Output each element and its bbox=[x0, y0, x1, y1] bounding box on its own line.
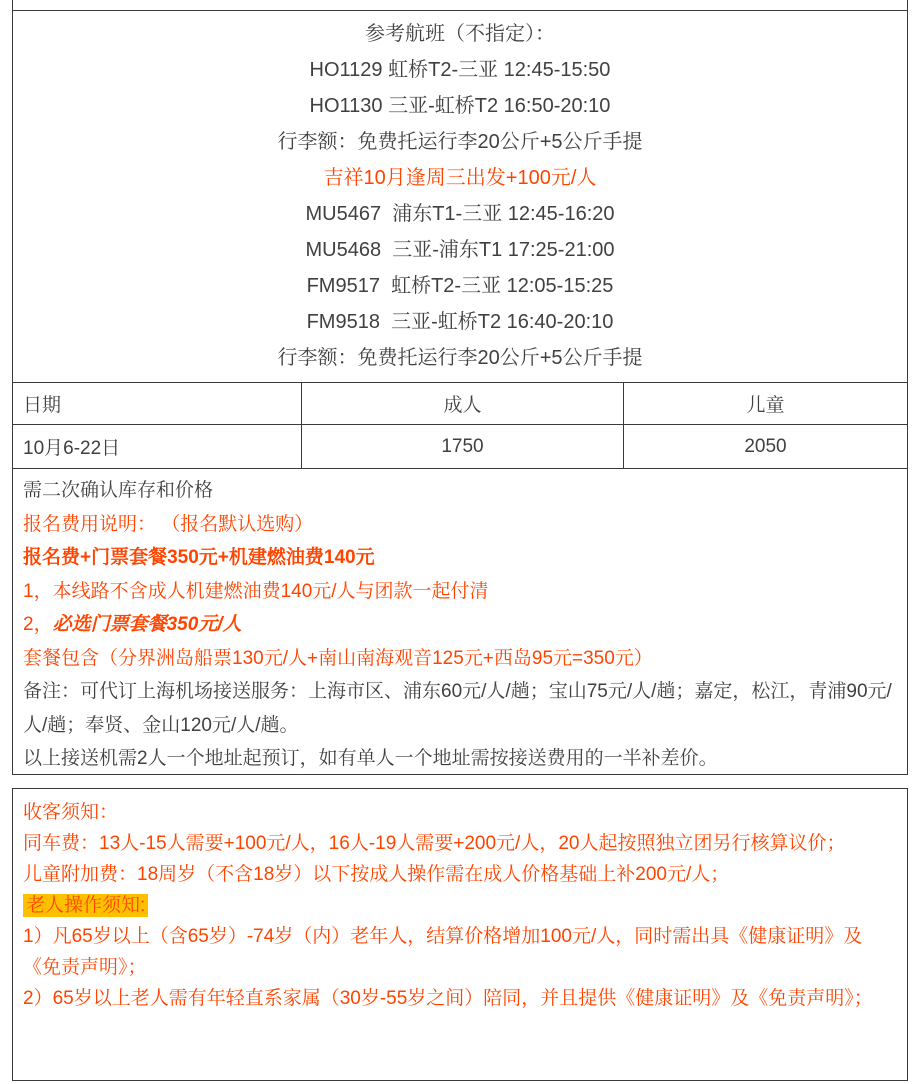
registration-fee-summary: 报名费+门票套餐350元+机建燃油费140元 bbox=[23, 541, 897, 575]
date-range-cell: 10月6-22日 bbox=[13, 425, 301, 468]
price-table: 日期 成人 儿童 10月6-22日 1750 2050 bbox=[13, 382, 907, 469]
senior-rule-2: 2）65岁以上老人需有年轻直系家属（30岁-55岁之间）陪同，并且提供《健康证明… bbox=[23, 983, 897, 1014]
fuel-fee-note: 1，本线路不含成人机建燃油费140元/人与团款一起付清 bbox=[23, 575, 897, 609]
table-top-partial-row bbox=[13, 0, 907, 11]
date-column-header: 日期 bbox=[13, 383, 301, 424]
guest-notice-panel: 收客须知： 同车费：13人-15人需要+100元/人，16人-19人需要+200… bbox=[12, 788, 908, 1081]
flight-line-ho1129: HO1129 虹桥T2-三亚 12:45-15:50 bbox=[13, 52, 907, 88]
child-price-cell: 2050 bbox=[623, 425, 907, 468]
flight-line-ho1130: HO1130 三亚-虹桥T2 16:50-20:10 bbox=[13, 88, 907, 124]
flight-line-fm9517: FM9517 虹桥T2-三亚 12:05-15:25 bbox=[13, 268, 907, 304]
baggage-note-1: 行李额：免费托运行李20公斤+5公斤手提 bbox=[13, 124, 907, 160]
booking-notes-cell: 需二次确认库存和价格 报名费用说明： （报名默认选购） 报名费+门票套餐350元… bbox=[13, 469, 907, 775]
baggage-note-2: 行李额：免费托运行李20公斤+5公斤手提 bbox=[13, 340, 907, 376]
reference-flights-cell: 参考航班（不指定）： HO1129 虹桥T2-三亚 12:45-15:50 HO… bbox=[13, 11, 907, 382]
senior-notice-title: 老人操作须知: bbox=[23, 890, 897, 921]
flight-price-table: 参考航班（不指定）： HO1129 虹桥T2-三亚 12:45-15:50 HO… bbox=[12, 0, 908, 775]
senior-rule-1: 1）凡65岁以上（含65岁）-74岁（内）老年人，结算价格增加100元/人，同时… bbox=[23, 921, 897, 983]
guest-notice-title: 收客须知： bbox=[23, 797, 897, 828]
child-column-header: 儿童 bbox=[623, 383, 907, 424]
flight-line-mu5467: MU5467 浦东T1-三亚 12:45-16:20 bbox=[13, 196, 907, 232]
senior-notice-highlight: 老人操作须知: bbox=[23, 894, 148, 917]
airport-transfer-note: 备注：可代订上海机场接送服务：上海市区、浦东60元/人/趟；宝山75元/人/趟；… bbox=[23, 675, 897, 742]
adult-column-header: 成人 bbox=[301, 383, 623, 424]
flights-title: 参考航班（不指定）： bbox=[13, 16, 907, 52]
reconfirm-note: 需二次确认库存和价格 bbox=[23, 474, 897, 508]
juneyao-surcharge-note: 吉祥10月逢周三出发+100元/人 bbox=[13, 160, 907, 196]
flight-line-fm9518: FM9518 三亚-虹桥T2 16:40-20:10 bbox=[13, 304, 907, 340]
price-table-data-row: 10月6-22日 1750 2050 bbox=[13, 425, 907, 469]
price-table-header-row: 日期 成人 儿童 bbox=[13, 383, 907, 425]
ticket-package-required: 必选门票套餐350元/人 bbox=[53, 614, 242, 635]
adult-price-cell: 1750 bbox=[301, 425, 623, 468]
bus-fee-note: 同车费：13人-15人需要+100元/人，16人-19人需要+200元/人，20… bbox=[23, 828, 897, 859]
registration-fee-intro: 报名费用说明： （报名默认选购） bbox=[23, 508, 897, 542]
ticket-package-prefix: 2， bbox=[23, 614, 53, 635]
package-contents-note: 套餐包含（分界洲岛船票130元/人+南山南海观音125元+西岛95元=350元） bbox=[23, 642, 897, 676]
child-surcharge-note: 儿童附加费：18周岁（不含18岁）以下按成人操作需在成人价格基础上补200元/人… bbox=[23, 859, 897, 890]
tour-product-page: { "colors": { "accent_orange": "#ff4400"… bbox=[0, 0, 916, 1084]
flight-line-mu5468: MU5468 三亚-浦东T1 17:25-21:00 bbox=[13, 232, 907, 268]
transfer-minimum-note: 以上接送机需2人一个地址起预订，如有单人一个地址需按接送费用的一半补差价。 bbox=[23, 742, 897, 775]
ticket-package-note: 2，必选门票套餐350元/人 bbox=[23, 608, 897, 642]
